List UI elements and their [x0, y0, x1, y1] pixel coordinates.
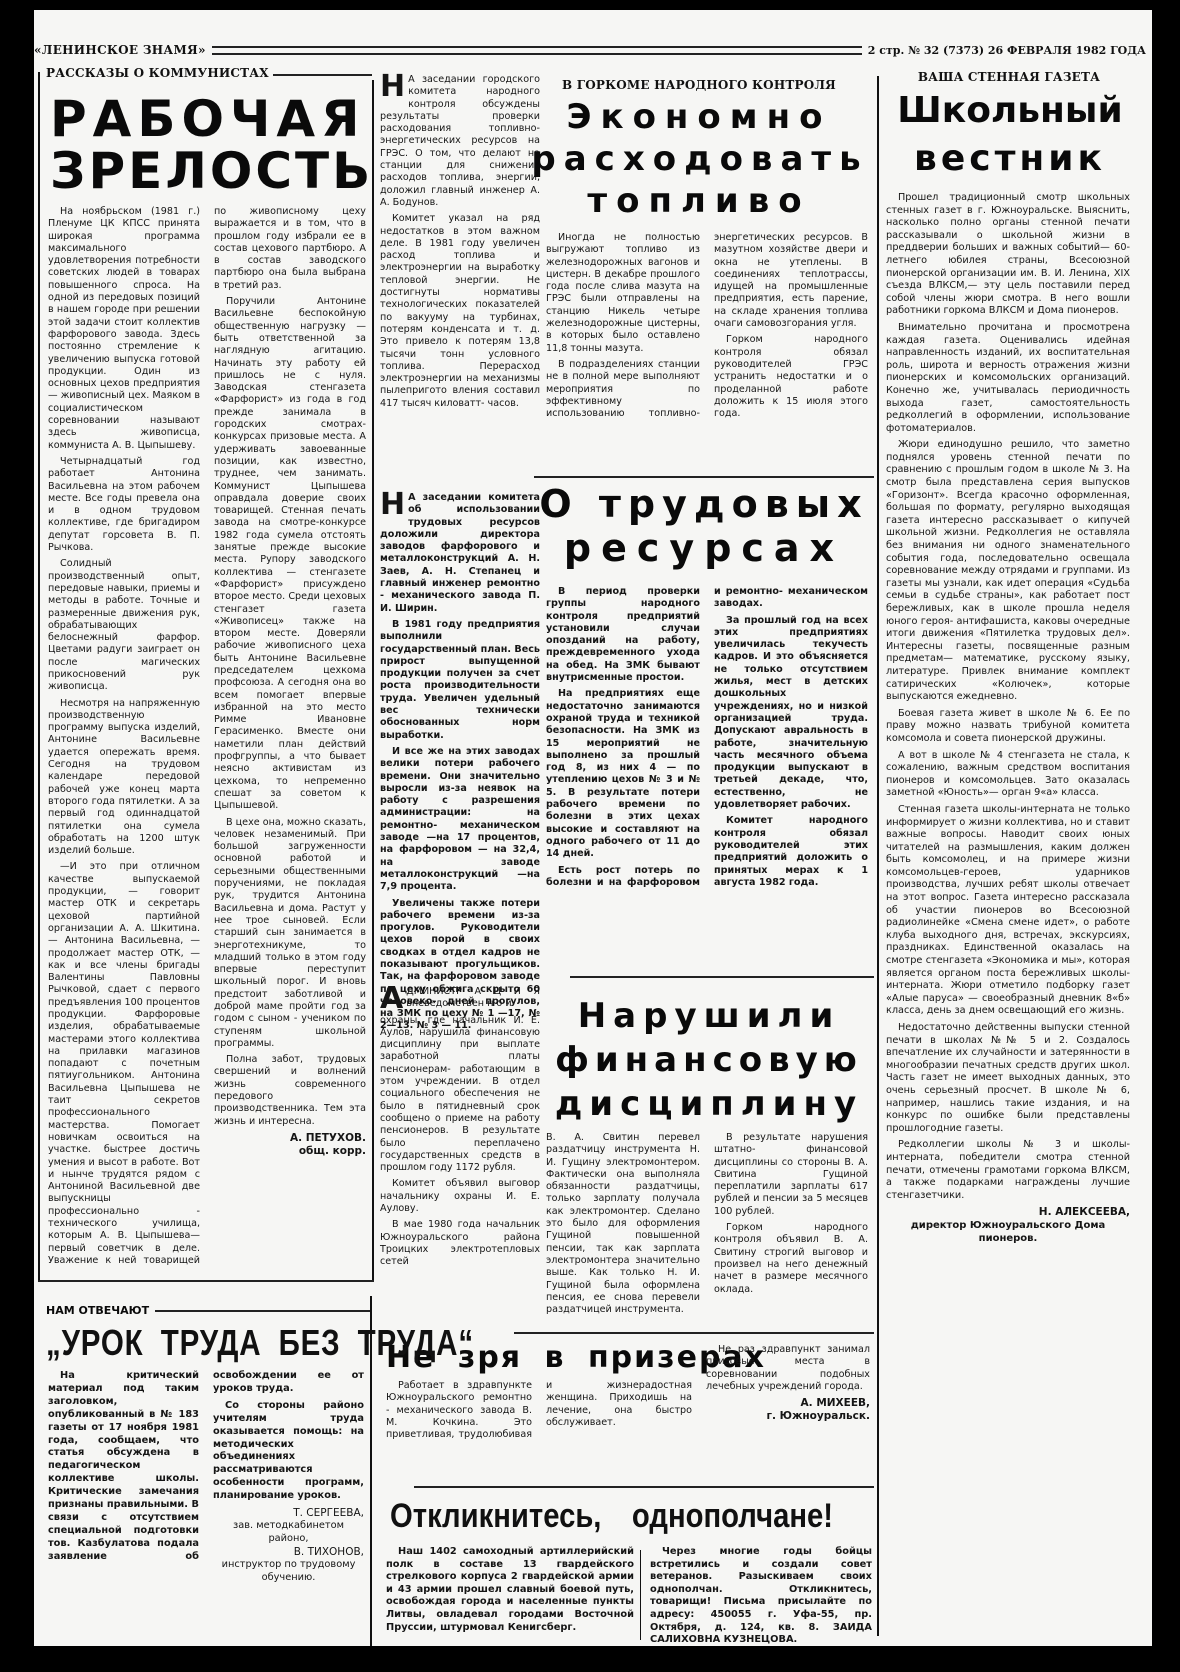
right-column-divider [877, 76, 879, 1636]
title-fuel-line1: Экономно [534, 96, 864, 138]
title-wallpaper-line1: Школьный [880, 86, 1140, 136]
title-fuel-line2: расходовать [530, 138, 870, 180]
section-rule [570, 976, 874, 978]
paragraph: На ноябрьском (1981 г.) Пленуме ЦК КПСС … [48, 206, 200, 452]
title-lesson: „УРОК ТРУДА БЕЗ ТРУДА“ [46, 1322, 474, 1364]
scan-border [1152, 0, 1180, 1672]
paragraph: Наш 1402 самоходный артиллерийский полк … [386, 1546, 634, 1634]
paragraph: И все же на этих заводах велики потери р… [380, 746, 540, 894]
paragraph: охраны, где начальник И. Е. Аулов, наруш… [380, 1015, 540, 1175]
paragraph: В 1981 году предприятия выполнили госуда… [380, 619, 540, 742]
article-prize-body-left: Работает в здравпункте Южноуральского ре… [386, 1380, 692, 1441]
signature-name: Н. АЛЕКСЕЕВА, [886, 1206, 1130, 1219]
article-finance-intro: А ДМИНИСТР А Ц И Я вневедомствен н о й о… [380, 986, 540, 1273]
frame-left [38, 72, 40, 1282]
paragraph: Горком народного контроля объявил В. А. … [714, 1222, 868, 1296]
article-fuel-intro: Н А заседании городского комитета народн… [380, 74, 540, 414]
paragraph: Стенная газета школы-интерната не только… [886, 804, 1130, 1018]
signature-role: инструктор по трудовому обучению. [213, 1559, 364, 1585]
paragraph: Со стороны районо учителям труда оказыва… [213, 1400, 364, 1503]
frame-right [372, 80, 374, 1282]
article-labor-intro: Н А заседании комитета об использовании … [380, 492, 540, 912]
paragraph: В. А. Свитин перевел раздатчицу инструме… [546, 1132, 700, 1316]
signature-name: В. ТИХОНОВ, [213, 1546, 364, 1559]
lead: ДМИНИСТР А Ц И Я вневедомствен н о й [380, 986, 540, 1011]
paragraph: Несмотря на напряженную производственную… [48, 698, 200, 858]
signature-role: директор Южноуральского Дома пионеров. [886, 1219, 1130, 1245]
newspaper-page: «ЛЕНИНСКОЕ ЗНАМЯ» 2 стр. № 32 (7373) 26 … [34, 10, 1152, 1646]
paragraph: Комитет народного контроля обязал руково… [714, 815, 868, 889]
paragraph: Внимательно прочитана и просмотрена кажд… [886, 322, 1130, 435]
title-labor-line2: ресурсах [534, 524, 874, 572]
article-veterans-left: Наш 1402 самоходный артиллерийский полк … [386, 1546, 634, 1638]
paragraph: Недостаточно действенны выпуски стенной … [886, 1022, 1130, 1135]
paragraph: Работает в здравпункте Южноуральского ре… [386, 1380, 692, 1441]
paragraph: На предприятиях еще недостаточно занимаю… [546, 688, 700, 860]
title-finance-line1: Нарушили [544, 996, 874, 1036]
article-labor-body: В период проверки группы народного контр… [546, 586, 868, 908]
article-fuel-body: Иногда не полностью выгружают топливо из… [546, 232, 868, 422]
section-rule [514, 1332, 874, 1334]
article-lesson-body: На критический материал под таким заголо… [48, 1370, 364, 1585]
signature-role: г. Южноуральск. [706, 1410, 870, 1423]
signature-role: общ. корр. [214, 1145, 366, 1158]
paragraph: Редколлегии школы № 3 и школы- интерната… [886, 1139, 1130, 1202]
rubric-answer: НАМ ОТВЕЧАЮТ [46, 1304, 370, 1317]
article-wallpaper-body: Прошел традиционный смотр школьных стенн… [886, 192, 1130, 1245]
article-finance-body: В. А. Свитин перевел раздатчицу инструме… [546, 1132, 868, 1316]
title-work-line1: РАБОЧАЯ [50, 90, 366, 148]
paragraph: За прошлый год на всех этих предприятиях… [714, 615, 868, 812]
paragraph: Полна забот, трудовых свершений и волнен… [214, 1054, 366, 1128]
rubric-control: В ГОРКОМЕ НАРОДНОГО КОНТРОЛЯ [534, 78, 864, 92]
rubric-label: РАССКАЗЫ О КОММУНИСТАХ [46, 66, 269, 80]
paragraph: Не раз здравпункт занимал призовые места… [706, 1344, 870, 1393]
masthead-rule [212, 46, 862, 55]
paragraph: Через многие годы бойцы встретились и со… [650, 1546, 872, 1647]
title-labor-line1: О трудовых [534, 480, 874, 528]
rubric-stories: РАССКАЗЫ О КОММУНИСТАХ [46, 66, 372, 80]
section-rule [414, 1486, 874, 1488]
veterans-divider [640, 1550, 641, 1640]
dropcap: А [380, 986, 403, 1012]
signature-name: Т. СЕРГЕЕВА, [213, 1507, 364, 1520]
issue-line: 2 стр. № 32 (7373) 26 ФЕВРАЛЯ 1982 ГОДА [868, 44, 1146, 57]
paragraph: Солидный производственный опыт, передовы… [48, 558, 200, 693]
paragraph: Горком народного контроля обязал руковод… [714, 334, 868, 420]
dropcap: Н [380, 492, 405, 518]
signature-name: А. МИХЕЕВ, [706, 1397, 870, 1410]
title-finance-line3: дисциплину [544, 1084, 874, 1124]
rubric-wallpaper: ВАША СТЕННАЯ ГАЗЕТА [884, 70, 1134, 84]
paragraph: Жюри единодушно решило, что заметно подн… [886, 439, 1130, 703]
masthead: «ЛЕНИНСКОЕ ЗНАМЯ» 2 стр. № 32 (7373) 26 … [34, 42, 1146, 58]
paragraph: В период проверки группы народного контр… [546, 586, 700, 684]
title-work-line2: ЗРЕЛОСТЬ [50, 142, 373, 200]
paragraph: В результате нарушения штатно- финансово… [714, 1132, 868, 1218]
signature-name: А. ПЕТУХОВ. [214, 1132, 366, 1145]
title-fuel-line3: топливо [534, 180, 864, 222]
title-wallpaper-line2: вестник [880, 134, 1140, 184]
rubric-rule [273, 74, 372, 76]
rubric-rule [155, 1310, 370, 1312]
paragraph: Прошел традиционный смотр школьных стенн… [886, 192, 1130, 318]
paragraph: Комитет указал на ряд недостатков в этом… [380, 213, 540, 410]
section-rule [534, 476, 874, 478]
paragraph: В мае 1980 года начальник Южноуральского… [380, 1219, 540, 1268]
title-veterans: Откликнитесь, однополчане! [390, 1496, 833, 1536]
title-finance-line2: финансовую [544, 1040, 874, 1080]
article-prize-body-right: Не раз здравпункт занимал призовые места… [706, 1344, 870, 1423]
paragraph: В цехе она, можно сказать, человек незам… [214, 817, 366, 1051]
rubric-label: НАМ ОТВЕЧАЮТ [46, 1304, 149, 1317]
frame-bottom [38, 1280, 374, 1282]
signature-role: зав. методкабинетом районо, [213, 1520, 364, 1546]
paragraph: Комитет объявил выговор начальнику охран… [380, 1178, 540, 1215]
article-work-body: На ноябрьском (1981 г.) Пленуме ЦК КПСС … [48, 206, 366, 1272]
paragraph: Боевая газета живет в школе № 6. Ее по п… [886, 708, 1130, 746]
dropcap: Н [380, 74, 405, 100]
paragraph: Четырнадцатый год работает Антонина Васи… [48, 456, 200, 554]
paragraph: А вот в школе № 4 стенгазета не стала, к… [886, 750, 1130, 800]
paragraph: Поручили Антонине Васильевне беспокойную… [214, 296, 366, 812]
paper-name: «ЛЕНИНСКОЕ ЗНАМЯ» [34, 43, 206, 57]
paragraph: Иногда не полностью выгружают топливо из… [546, 232, 700, 355]
article-veterans-right: Через многие годы бойцы встретились и со… [650, 1546, 872, 1651]
